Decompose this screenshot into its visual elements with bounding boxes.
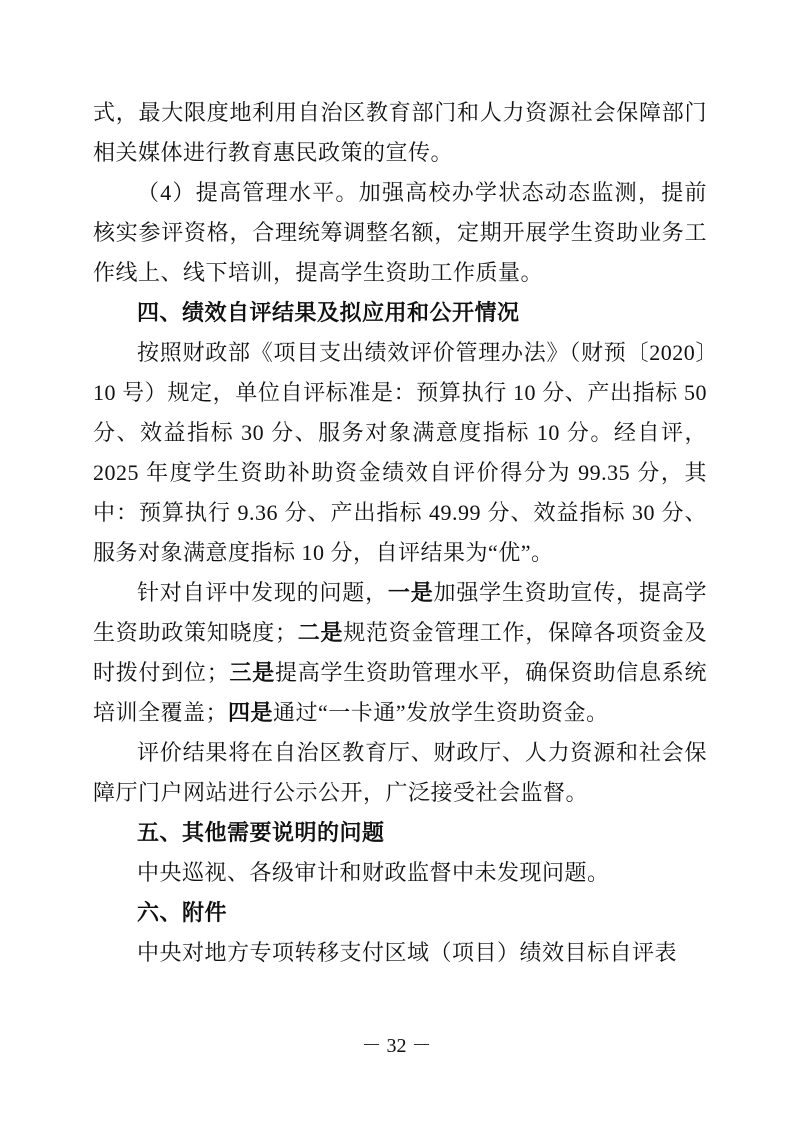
paragraph-publicity: 评价结果将在自治区教育厅、财政厅、人力资源和社会保障厅门户网站进行公示公开，广泛… bbox=[93, 733, 707, 813]
section-heading-five: 五、其他需要说明的问题 bbox=[93, 813, 707, 853]
page-number: － 32 － bbox=[0, 1032, 793, 1060]
text-segment-bold: 三是 bbox=[229, 660, 275, 685]
paragraph-no-problem: 中央巡视、各级审计和财政监督中未发现问题。 bbox=[93, 853, 707, 893]
text-segment-bold: 四是 bbox=[228, 700, 273, 725]
paragraph-continuation: 式，最大限度地利用自治区教育部门和人力资源社会保障部门相关媒体进行教育惠民政策的… bbox=[93, 93, 707, 173]
document-page: 式，最大限度地利用自治区教育部门和人力资源社会保障部门相关媒体进行教育惠民政策的… bbox=[0, 0, 793, 1122]
paragraph-problems: 针对自评中发现的问题，一是加强学生资助宣传，提高学生资助政策知晓度；二是规范资金… bbox=[93, 573, 707, 733]
paragraph-manage-level: （4）提高管理水平。加强高校办学状态动态监测，提前核实参评资格，合理统筹调整名额… bbox=[93, 173, 707, 293]
text-segment: 针对自评中发现的问题， bbox=[137, 580, 388, 605]
text-segment-bold: 二是 bbox=[298, 620, 344, 645]
text-segment-bold: 一是 bbox=[388, 580, 434, 605]
paragraph-self-evaluation: 按照财政部《项目支出绩效评价管理办法》（财预〔2020〕10 号）规定，单位自评… bbox=[93, 333, 707, 573]
section-heading-six: 六、附件 bbox=[93, 893, 707, 933]
section-heading-four: 四、绩效自评结果及拟应用和公开情况 bbox=[93, 293, 707, 333]
text-segment: 通过“一卡通”发放学生资助资金。 bbox=[273, 700, 609, 725]
document-content: 式，最大限度地利用自治区教育部门和人力资源社会保障部门相关媒体进行教育惠民政策的… bbox=[93, 93, 707, 973]
paragraph-attachment: 中央对地方专项转移支付区域（项目）绩效目标自评表 bbox=[93, 933, 707, 973]
